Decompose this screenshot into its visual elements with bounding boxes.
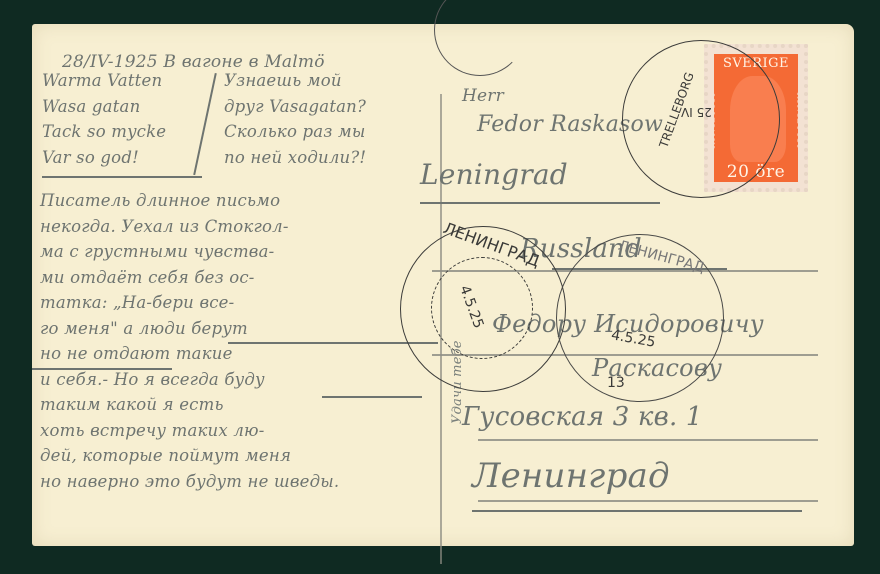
emphasis-underline (322, 396, 422, 398)
emphasis-underline (32, 368, 172, 370)
left-box-line: Var so god! (42, 145, 166, 171)
body-line: но не отдают такие (40, 341, 339, 367)
body-line: дей, которые поймут меня (40, 443, 339, 469)
right-box-line: Сколько раз мы (224, 119, 366, 145)
address-line: Herr (462, 86, 504, 106)
left-box-line: Tack so mycke (42, 119, 166, 145)
left-box-line: Warma Vatten (42, 68, 166, 94)
city-underline (420, 202, 660, 204)
body-line: таким какой я есть (40, 392, 339, 418)
body-line: но наверно это будут не шведы. (40, 469, 339, 495)
left-box-underline (42, 176, 202, 178)
postmark-leningrad-1: ЛЕНИНГРАД 4.5.25 (400, 226, 566, 392)
body-line: некогда. Уехал из Стокгол- (40, 214, 339, 240)
postmark-inner-ring (431, 257, 533, 359)
address-rule (478, 439, 818, 441)
body-line: Писатель длинное письмо (40, 188, 339, 214)
address-line: Гусовская 3 кв. 1 (462, 402, 703, 432)
box-separator (193, 73, 216, 175)
address-line: Ленинград (472, 456, 670, 496)
left-box-text: Warma Vatten Wasa gatan Tack so mycke Va… (42, 68, 166, 170)
address-line: Leningrad (420, 158, 568, 191)
body-line: ма с грустными чувства- (40, 239, 339, 265)
body-line: татка: „На-бери все- (40, 290, 339, 316)
right-box-line: друг Vasagatan? (224, 94, 366, 120)
message-body: Писатель длинное письмо некогда. Уехал и… (40, 188, 339, 494)
left-box-line: Wasa gatan (42, 94, 166, 120)
postmark-partial (434, 0, 526, 76)
right-box-text: Узнаешь мой друг Vasagatan? Сколько раз … (224, 68, 366, 170)
body-line: и себя.- Но я всегда буду (40, 367, 339, 393)
body-line: ми отдаёт себя без ос- (40, 265, 339, 291)
final-underline (472, 510, 802, 512)
stamp-side-text: KUNGL·POST (795, 92, 798, 148)
right-box-line: Узнаешь мой (224, 68, 366, 94)
body-line: хоть встречу таких лю- (40, 418, 339, 444)
right-box-line: по ней ходили?! (224, 145, 366, 171)
postmark-leningrad-2: ЛЕНИНГРАД 4.5.25 13 (556, 234, 724, 402)
address-rule (478, 500, 818, 502)
body-line: го меня" а люди берут (40, 316, 339, 342)
postmark-trelleborg: TRELLEBORG 25 IV (622, 40, 780, 198)
postcard: 28/IV-1925 В вагоне в Malmö Warma Vatten… (32, 24, 854, 546)
